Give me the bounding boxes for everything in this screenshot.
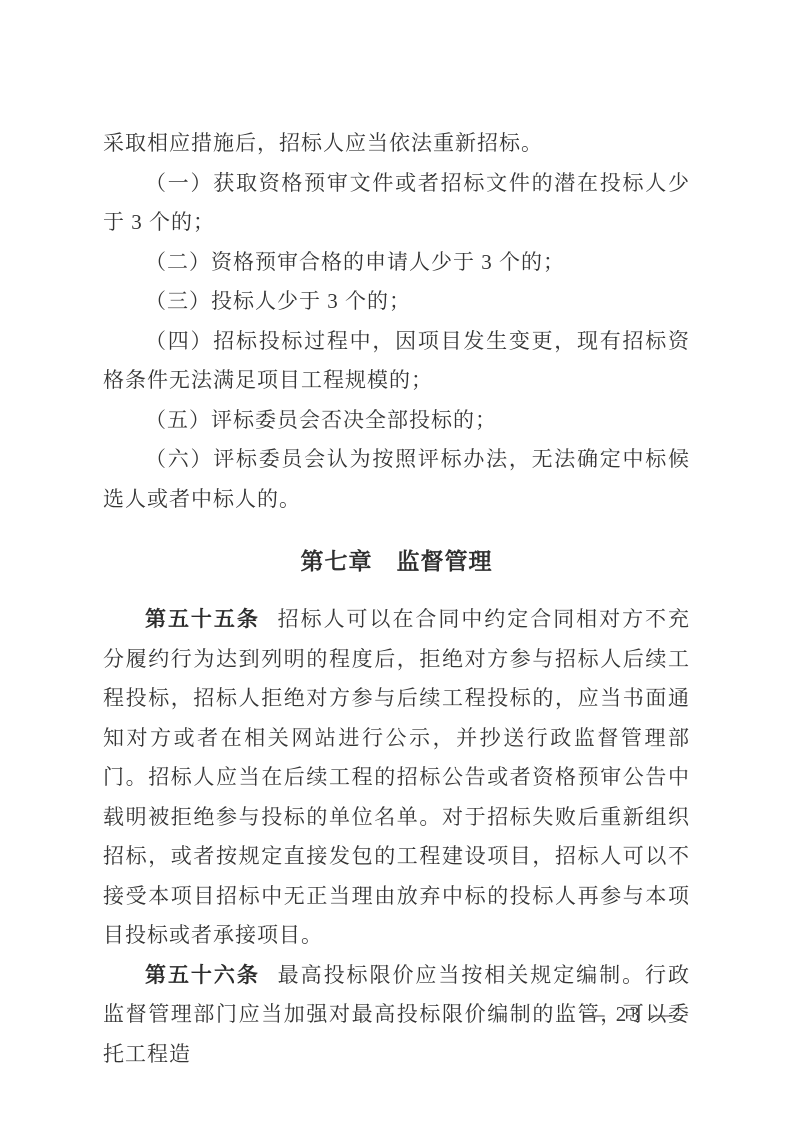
paragraph-continuation: 采取相应措施后，招标人应当依法重新招标。: [103, 124, 690, 164]
list-item-2: （二）资格预审合格的申请人少于 3 个的；: [103, 243, 690, 283]
article-number: 第五十六条: [145, 963, 260, 987]
list-item-5: （五）评标委员会否决全部投标的；: [103, 401, 690, 441]
list-item-4: （四）招标投标过程中，因项目发生变更，现有招标资格条件无法满足项目工程规模的；: [103, 322, 690, 401]
page-number: — 23 —: [584, 1000, 676, 1028]
list-item-3: （三）投标人少于 3 个的；: [103, 282, 690, 322]
document-page: 采取相应措施后，招标人应当依法重新招标。 （一）获取资格预审文件或者招标文件的潜…: [0, 0, 793, 1122]
chapter-heading: 第七章 监督管理: [103, 542, 690, 582]
article-paragraph-55: 第五十五条招标人可以在合同中约定合同相对方不充分履约行为达到列明的程度后，拒绝对…: [103, 600, 690, 956]
list-item-1: （一）获取资格预审文件或者招标文件的潜在投标人少于 3 个的；: [103, 164, 690, 243]
article-text: 招标人可以在合同中约定合同相对方不充分履约行为达到列明的程度后，拒绝对方参与招标…: [103, 607, 690, 947]
article-number: 第五十五条: [145, 607, 260, 631]
list-item-6: （六）评标委员会认为按照评标办法，无法确定中标候选人或者中标人的。: [103, 440, 690, 519]
page-body: 采取相应措施后，招标人应当依法重新招标。 （一）获取资格预审文件或者招标文件的潜…: [103, 124, 690, 1074]
